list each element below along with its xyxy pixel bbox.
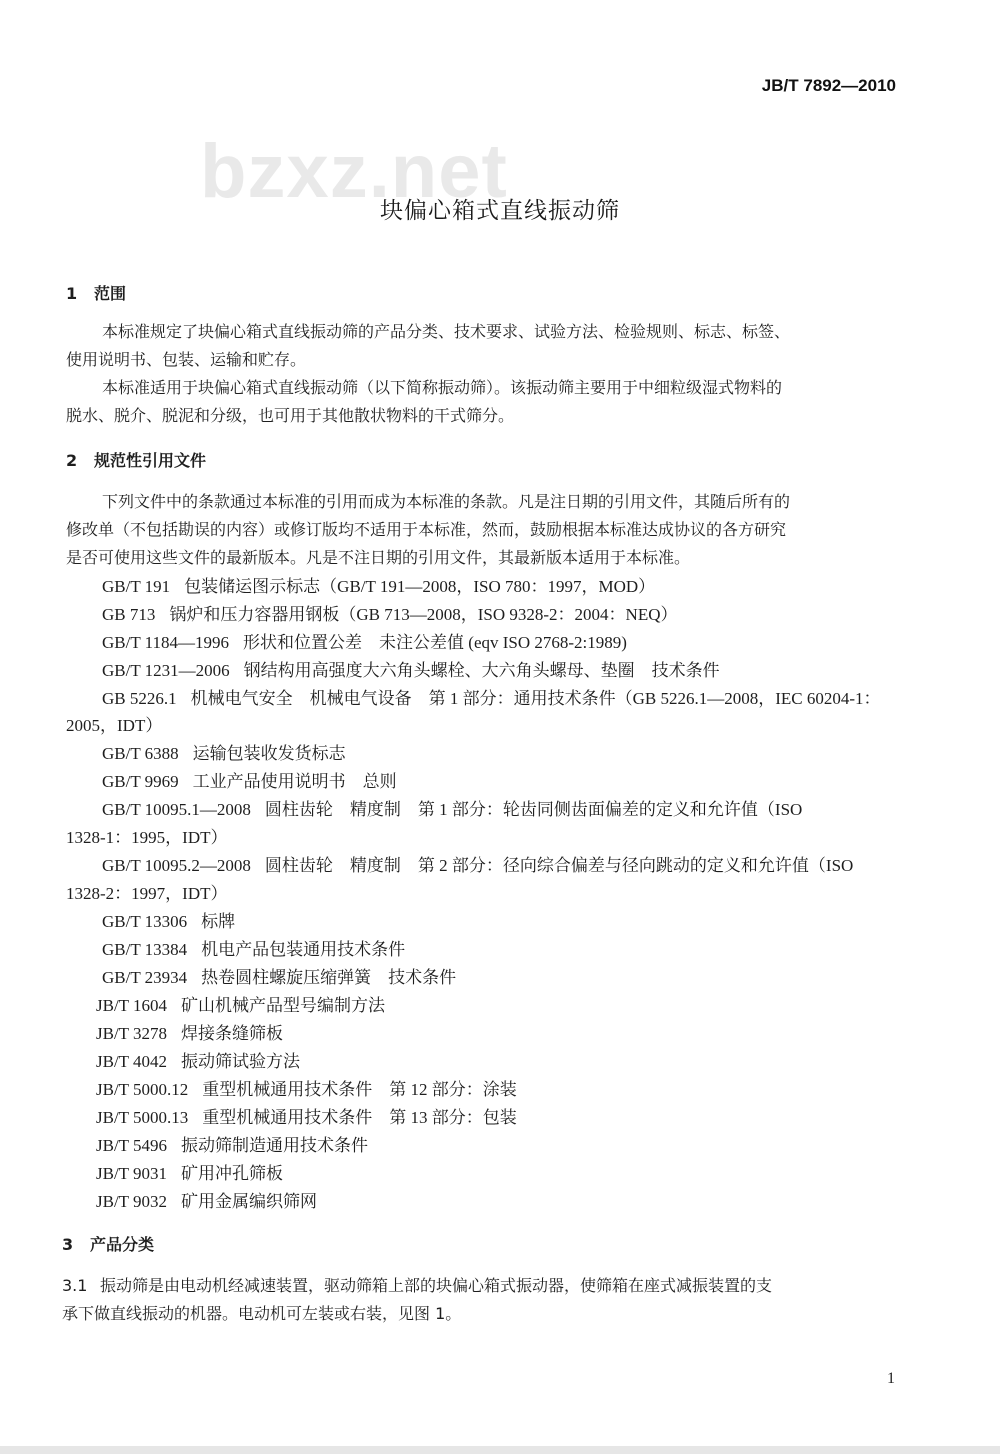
reference-item: GB/T 9969工业产品使用说明书 总则 (102, 772, 397, 792)
paragraph-line: 本标准规定了块偏心箱式直线振动筛的产品分类、技术要求、试验方法、检验规则、标志、… (102, 322, 790, 342)
paragraph-line: 使用说明书、包装、运输和贮存。 (66, 350, 306, 370)
reference-code: GB/T 13306 (102, 912, 187, 931)
reference-code: GB/T 9969 (102, 772, 179, 791)
reference-code: JB/T 9031 (96, 1164, 167, 1183)
page-bottom-edge (0, 1446, 1000, 1454)
standard-number: JB/T 7892—2010 (762, 76, 896, 96)
reference-title: 矿山机械产品型号编制方法 (181, 996, 385, 1015)
reference-title: 标牌 (201, 912, 235, 931)
reference-item: JB/T 3278焊接条缝筛板 (96, 1024, 283, 1044)
reference-title: 锅炉和压力容器用钢板（GB 713—2008，ISO 9328-2：2004：N… (169, 605, 677, 624)
clause-number: 3.1 (62, 1276, 100, 1296)
reference-item: GB/T 13384机电产品包装通用技术条件 (102, 940, 405, 960)
paragraph-line: 是否可使用这些文件的最新版本。凡是不注日期的引用文件，其最新版本适用于本标准。 (66, 548, 690, 568)
reference-title: 矿用冲孔筛板 (181, 1164, 283, 1183)
reference-item: JB/T 4042振动筛试验方法 (96, 1052, 300, 1072)
reference-code: GB 5226.1 (102, 689, 177, 708)
reference-code: GB/T 10095.2—2008 (102, 856, 251, 875)
reference-title: 热卷圆柱螺旋压缩弹簧 技术条件 (201, 968, 456, 987)
reference-code: GB/T 191 (102, 577, 170, 596)
reference-title: 焊接条缝筛板 (181, 1024, 283, 1043)
reference-title: 运输包装收发货标志 (193, 744, 346, 763)
reference-item: GB/T 23934热卷圆柱螺旋压缩弹簧 技术条件 (102, 968, 456, 988)
reference-code: GB/T 1231—2006 (102, 661, 230, 680)
reference-item: JB/T 5000.12重型机械通用技术条件 第 12 部分：涂装 (96, 1080, 517, 1100)
reference-item: GB/T 6388运输包装收发货标志 (102, 744, 346, 764)
reference-continuation: 2005，IDT） (66, 716, 162, 736)
section-title: 范围 (94, 284, 126, 303)
paragraph-line: 修改单（不包括勘误的内容）或修订版均不适用于本标准，然而，鼓励根据本标准达成协议… (66, 520, 786, 540)
reference-code: JB/T 3278 (96, 1024, 167, 1043)
reference-item: JB/T 5496振动筛制造通用技术条件 (96, 1136, 368, 1156)
reference-code: GB/T 13384 (102, 940, 187, 959)
document-page: JB/T 7892—2010 bzxz.net 块偏心箱式直线振动筛 1范围 本… (0, 0, 1000, 1446)
reference-item: GB/T 10095.1—2008圆柱齿轮 精度制 第 1 部分：轮齿同侧齿面偏… (102, 800, 802, 820)
reference-code: GB/T 6388 (102, 744, 179, 763)
reference-code: JB/T 5000.13 (96, 1108, 188, 1127)
reference-item: GB/T 1184—1996形状和位置公差 未注公差值 (eqv ISO 276… (102, 633, 627, 653)
reference-continuation: 1328-2：1997，IDT） (66, 884, 227, 904)
reference-title: 机械电气安全 机械电气设备 第 1 部分：通用技术条件（GB 5226.1—20… (191, 689, 881, 708)
reference-item: GB/T 13306标牌 (102, 912, 235, 932)
page-number: 1 (887, 1370, 895, 1388)
reference-code: JB/T 9032 (96, 1192, 167, 1211)
reference-title: 包装储运图示标志（GB/T 191—2008，ISO 780：1997，MOD） (184, 577, 655, 596)
reference-item: JB/T 5000.13重型机械通用技术条件 第 13 部分：包装 (96, 1108, 517, 1128)
reference-item: GB/T 191包装储运图示标志（GB/T 191—2008，ISO 780：1… (102, 577, 655, 597)
reference-item: GB/T 1231—2006钢结构用高强度大六角头螺栓、大六角头螺母、垫圈 技术… (102, 661, 720, 681)
reference-title: 工业产品使用说明书 总则 (193, 772, 397, 791)
section-2-heading: 2规范性引用文件 (66, 451, 206, 471)
reference-code: JB/T 5496 (96, 1136, 167, 1155)
paragraph-line: 本标准适用于块偏心箱式直线振动筛（以下简称振动筛）。该振动筛主要用于中细粒级湿式… (102, 378, 782, 398)
clause-3-1: 3.1振动筛是由电动机经减速装置，驱动筛箱上部的块偏心箱式振动器，使筛箱在座式减… (62, 1276, 772, 1296)
reference-title: 重型机械通用技术条件 第 13 部分：包装 (202, 1108, 517, 1127)
reference-title: 圆柱齿轮 精度制 第 1 部分：轮齿同侧齿面偏差的定义和允许值（ISO (265, 800, 802, 819)
reference-item: JB/T 9031矿用冲孔筛板 (96, 1164, 283, 1184)
reference-continuation: 1328-1：1995，IDT） (66, 828, 227, 848)
paragraph-line: 脱水、脱介、脱泥和分级，也可用于其他散状物料的干式筛分。 (66, 406, 514, 426)
reference-title: 机电产品包装通用技术条件 (201, 940, 405, 959)
reference-title: 重型机械通用技术条件 第 12 部分：涂装 (202, 1080, 517, 1099)
paragraph-line: 承下做直线振动的机器。电动机可左装或右装，见图 1。 (62, 1304, 461, 1324)
section-number: 1 (66, 284, 94, 304)
reference-item: GB/T 10095.2—2008圆柱齿轮 精度制 第 2 部分：径向综合偏差与… (102, 856, 853, 876)
section-1-heading: 1范围 (66, 284, 126, 304)
reference-item: GB 713锅炉和压力容器用钢板（GB 713—2008，ISO 9328-2：… (102, 605, 677, 625)
reference-title: 振动筛制造通用技术条件 (181, 1136, 368, 1155)
section-title: 产品分类 (90, 1235, 154, 1254)
reference-code: GB/T 10095.1—2008 (102, 800, 251, 819)
paragraph-line: 下列文件中的条款通过本标准的引用而成为本标准的条款。凡是注日期的引用文件，其随后… (102, 492, 790, 512)
paragraph-line: 振动筛是由电动机经减速装置，驱动筛箱上部的块偏心箱式振动器，使筛箱在座式减振装置… (100, 1276, 772, 1295)
document-title: 块偏心箱式直线振动筛 (0, 192, 1000, 225)
section-title: 规范性引用文件 (94, 451, 206, 470)
reference-item: JB/T 9032矿用金属编织筛网 (96, 1192, 317, 1212)
reference-code: GB/T 23934 (102, 968, 187, 987)
reference-code: JB/T 5000.12 (96, 1080, 188, 1099)
reference-title: 圆柱齿轮 精度制 第 2 部分：径向综合偏差与径向跳动的定义和允许值（ISO (265, 856, 853, 875)
reference-title: 振动筛试验方法 (181, 1052, 300, 1071)
reference-code: GB 713 (102, 605, 155, 624)
reference-code: GB/T 1184—1996 (102, 633, 229, 652)
section-number: 2 (66, 451, 94, 471)
section-number: 3 (62, 1235, 90, 1255)
reference-code: JB/T 1604 (96, 996, 167, 1015)
reference-code: JB/T 4042 (96, 1052, 167, 1071)
reference-title: 形状和位置公差 未注公差值 (eqv ISO 2768-2:1989) (243, 633, 627, 652)
section-3-heading: 3产品分类 (62, 1235, 154, 1255)
reference-title: 钢结构用高强度大六角头螺栓、大六角头螺母、垫圈 技术条件 (244, 661, 720, 680)
reference-item: JB/T 1604矿山机械产品型号编制方法 (96, 996, 385, 1016)
reference-title: 矿用金属编织筛网 (181, 1192, 317, 1211)
reference-item: GB 5226.1机械电气安全 机械电气设备 第 1 部分：通用技术条件（GB … (102, 689, 881, 709)
